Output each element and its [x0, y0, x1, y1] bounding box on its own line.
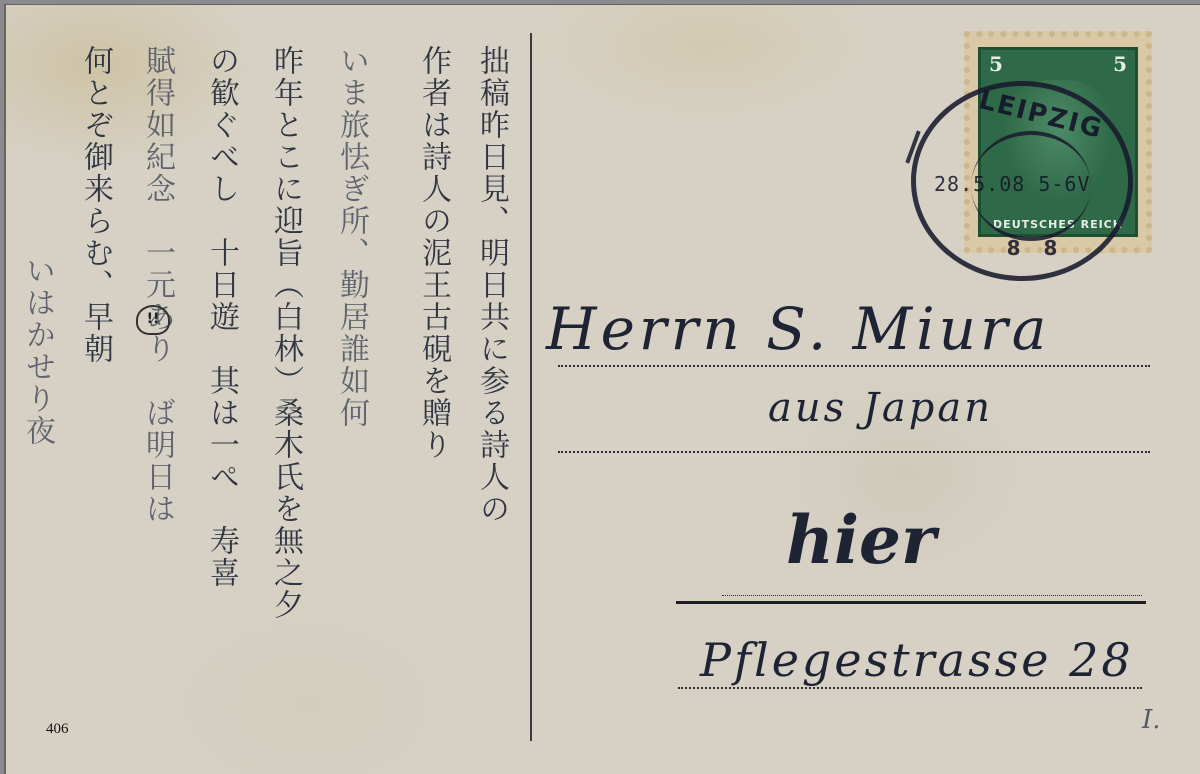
message-column-8: いはかせり夜 — [22, 255, 52, 615]
address-dotted-line-4 — [678, 687, 1142, 689]
postmark: LEIPZIG 28.5.08 5-6V 8 8 — [911, 81, 1133, 281]
address-city: hier — [786, 501, 936, 579]
message-column-4: 昨年とこに迎旨（白林）桑木氏を無之夕 — [270, 45, 300, 765]
message-column-7: 何とぞ御来らむ、早朝 — [80, 45, 110, 765]
address-origin: aus Japan — [768, 385, 993, 431]
message-column-3: いま旅怯ぎ所、勤居誰如何 — [336, 45, 366, 765]
stamp-value-right: 5 — [1113, 52, 1127, 76]
address-floor: I. — [1142, 705, 1161, 735]
postcard: 拙稿昨日見、明日共に参る詩人の 作者は詩人の泥王古硯を贈り いま旅怯ぎ所、勤居誰… — [4, 4, 1200, 774]
message-column-6: 賦得如紀念 一元あり ば明日は — [142, 45, 172, 765]
postmark-office-code: 8 8 — [996, 236, 1076, 260]
address-recipient: Herrn S. Miura — [546, 295, 1050, 363]
address-dotted-line-1 — [558, 365, 1150, 367]
message-column-2: 作者は詩人の泥王古硯を贈り — [418, 45, 448, 765]
message-column-5: の歓ぐべし 十日遊 其は一ぺ 寿喜 — [206, 45, 236, 765]
stamp-value-left: 5 — [989, 52, 1003, 76]
drawn-face-doodle: !! — [136, 305, 170, 335]
address-dotted-line-2 — [558, 451, 1150, 453]
address-dotted-line-3 — [722, 595, 1142, 596]
catalog-number: 406 — [46, 721, 69, 738]
postmark-date: 28.5.08 5-6V — [934, 172, 1134, 196]
address-underline-city — [676, 601, 1146, 604]
message-column-1: 拙稿昨日見、明日共に参る詩人の — [476, 45, 506, 765]
address-street: Pflegestrasse 28 — [700, 633, 1134, 687]
center-divider — [530, 33, 532, 741]
